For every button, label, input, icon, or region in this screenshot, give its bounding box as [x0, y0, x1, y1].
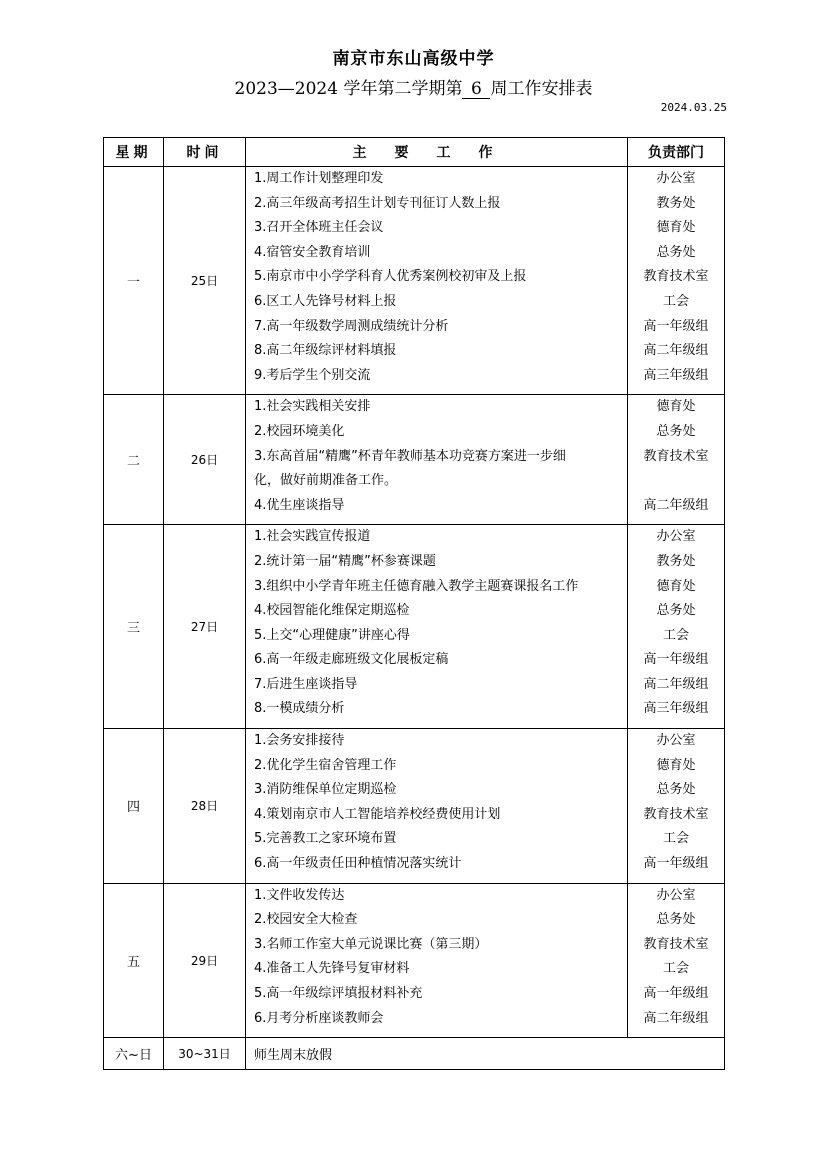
column-header-main-work: 主要工作 [246, 138, 628, 167]
weekday-cell: 六~日 [104, 1038, 164, 1070]
work-item: 9.考后学生个别交流 [254, 364, 619, 389]
work-item: 2.优化学生宿舍管理工作 [254, 754, 619, 779]
work-item: 5.高一年级综评填报材料补充 [254, 982, 619, 1007]
work-item: 3.消防维保单位定期巡检 [254, 778, 619, 803]
work-item: 5.完善教工之家环境布置 [254, 827, 619, 852]
department-item: 教育技术室 [628, 933, 724, 958]
title-prefix: 2023—2024 学年第二学期第 [235, 79, 463, 99]
work-cell: 师生周末放假 [246, 1038, 725, 1070]
department-item: 总务处 [628, 599, 724, 624]
work-item: 4.宿管安全教育培训 [254, 241, 619, 266]
work-item: 2.统计第一届“精鹰”杯参赛课题 [254, 550, 619, 575]
schedule-title: 2023—2024 学年第二学期第6周工作安排表 [0, 74, 827, 99]
work-item: 3.东高首届“精鹰”杯青年教师基本功竞赛方案进一步细 [254, 445, 619, 470]
department-item: 高一年级组 [628, 982, 724, 1007]
department-item: 总务处 [628, 241, 724, 266]
work-item: 3.名师工作室大单元说课比赛（第三期） [254, 933, 619, 958]
department-item: 教务处 [628, 192, 724, 217]
work-item: 2.校园安全大检查 [254, 908, 619, 933]
week-number: 6 [462, 80, 490, 99]
date-cell: 30~31日 [164, 1038, 246, 1070]
department-item: 高二年级组 [628, 494, 724, 519]
department-item: 高一年级组 [628, 315, 724, 340]
department-cell: 办公室教务处德育处总务处工会高一年级组高二年级组高三年级组 [628, 525, 725, 729]
work-item: 3.组织中小学青年班主任德育融入教学主题赛课报名工作 [254, 575, 619, 600]
column-header-time: 时间 [164, 138, 246, 167]
department-item: 高二年级组 [628, 673, 724, 698]
department-cell: 办公室德育处总务处教育技术室工会高一年级组 [628, 729, 725, 884]
weekday-cell: 三 [104, 525, 164, 729]
work-item: 化，做好前期准备工作。 [254, 469, 619, 494]
weekday-cell: 二 [104, 395, 164, 525]
title-suffix: 周工作安排表 [490, 79, 592, 99]
work-item: 1.会务安排接待 [254, 729, 619, 754]
department-item: 高二年级组 [628, 1007, 724, 1032]
department-item: 工会 [628, 957, 724, 982]
department-item: 教育技术室 [628, 803, 724, 828]
work-item: 1.周工作计划整理印发 [254, 167, 619, 192]
table-row: 五29日1.文件收发传达2.校园安全大检查3.名师工作室大单元说课比赛（第三期）… [104, 883, 725, 1038]
department-item: 德育处 [628, 754, 724, 779]
department-item: 教务处 [628, 550, 724, 575]
department-item: 工会 [628, 624, 724, 649]
date-cell: 27日 [164, 525, 246, 729]
date-cell: 28日 [164, 729, 246, 884]
work-item: 7.后进生座谈指导 [254, 673, 619, 698]
work-item: 6.月考分析座谈教师会 [254, 1007, 619, 1032]
work-item: 5.上交“心理健康”讲座心得 [254, 624, 619, 649]
weekday-cell: 四 [104, 729, 164, 884]
department-item: 工会 [628, 827, 724, 852]
department-item: 教育技术室 [628, 445, 724, 470]
work-item: 8.一模成绩分析 [254, 697, 619, 722]
department-item: 高三年级组 [628, 697, 724, 722]
table-row: 一25日1.周工作计划整理印发2.高三年级高考招生计划专刊征订人数上报3.召开全… [104, 167, 725, 395]
department-cell: 德育处总务处教育技术室高二年级组 [628, 395, 725, 525]
work-item: 6.高一年级走廊班级文化展板定稿 [254, 648, 619, 673]
work-cell: 1.文件收发传达2.校园安全大检查3.名师工作室大单元说课比赛（第三期）4.准备… [246, 883, 628, 1038]
work-item: 3.召开全体班主任会议 [254, 216, 619, 241]
table-header-row: 星期 时间 主要工作 负责部门 [104, 138, 725, 167]
weekday-cell: 五 [104, 883, 164, 1038]
department-cell: 办公室总务处教育技术室工会高一年级组高二年级组 [628, 883, 725, 1038]
department-item: 办公室 [628, 167, 724, 192]
table-body: 一25日1.周工作计划整理印发2.高三年级高考招生计划专刊征订人数上报3.召开全… [104, 167, 725, 1038]
work-item: 4.优生座谈指导 [254, 494, 619, 519]
department-item: 办公室 [628, 729, 724, 754]
department-item: 高一年级组 [628, 852, 724, 877]
department-item: 高一年级组 [628, 648, 724, 673]
department-item: 总务处 [628, 778, 724, 803]
department-item [628, 469, 724, 494]
date-cell: 25日 [164, 167, 246, 395]
department-item: 办公室 [628, 884, 724, 909]
table-row-weekend: 六~日 30~31日 师生周末放假 [104, 1038, 725, 1070]
work-item: 2.校园环境美化 [254, 420, 619, 445]
weekday-cell: 一 [104, 167, 164, 395]
work-item: 6.高一年级责任田种植情况落实统计 [254, 852, 619, 877]
work-item: 4.校园智能化维保定期巡检 [254, 599, 619, 624]
department-item: 高三年级组 [628, 364, 724, 389]
department-item: 办公室 [628, 525, 724, 550]
department-item: 德育处 [628, 395, 724, 420]
work-cell: 1.周工作计划整理印发2.高三年级高考招生计划专刊征订人数上报3.召开全体班主任… [246, 167, 628, 395]
department-item: 总务处 [628, 908, 724, 933]
department-item: 教育技术室 [628, 265, 724, 290]
date-cell: 29日 [164, 883, 246, 1038]
work-item: 4.策划南京市人工智能培养校经费使用计划 [254, 803, 619, 828]
work-item: 5.南京市中小学学科育人优秀案例校初审及上报 [254, 265, 619, 290]
department-item: 总务处 [628, 420, 724, 445]
issue-date: 2024.03.25 [661, 101, 727, 114]
table-row: 二26日1.社会实践相关安排2.校园环境美化3.东高首届“精鹰”杯青年教师基本功… [104, 395, 725, 525]
work-item: 1.文件收发传达 [254, 884, 619, 909]
department-item: 高二年级组 [628, 339, 724, 364]
work-item: 1.社会实践宣传报道 [254, 525, 619, 550]
work-item: 4.准备工人先锋号复审材料 [254, 957, 619, 982]
department-item: 德育处 [628, 216, 724, 241]
work-cell: 1.社会实践相关安排2.校园环境美化3.东高首届“精鹰”杯青年教师基本功竞赛方案… [246, 395, 628, 525]
column-header-department: 负责部门 [628, 138, 725, 167]
work-item: 6.区工人先锋号材料上报 [254, 290, 619, 315]
school-name: 南京市东山高级中学 [0, 44, 827, 69]
weekly-schedule-table: 星期 时间 主要工作 负责部门 一25日1.周工作计划整理印发2.高三年级高考招… [103, 137, 725, 1070]
work-item: 2.高三年级高考招生计划专刊征订人数上报 [254, 192, 619, 217]
department-item: 工会 [628, 290, 724, 315]
work-cell: 1.会务安排接待2.优化学生宿舍管理工作3.消防维保单位定期巡检4.策划南京市人… [246, 729, 628, 884]
column-header-weekday: 星期 [104, 138, 164, 167]
department-cell: 办公室教务处德育处总务处教育技术室工会高一年级组高二年级组高三年级组 [628, 167, 725, 395]
table-row: 三27日1.社会实践宣传报道2.统计第一届“精鹰”杯参赛课题3.组织中小学青年班… [104, 525, 725, 729]
work-cell: 1.社会实践宣传报道2.统计第一届“精鹰”杯参赛课题3.组织中小学青年班主任德育… [246, 525, 628, 729]
work-item: 7.高一年级数学周测成绩统计分析 [254, 315, 619, 340]
department-item: 德育处 [628, 575, 724, 600]
work-item: 8.高二年级综评材料填报 [254, 339, 619, 364]
table-row: 四28日1.会务安排接待2.优化学生宿舍管理工作3.消防维保单位定期巡检4.策划… [104, 729, 725, 884]
date-cell: 26日 [164, 395, 246, 525]
work-item: 1.社会实践相关安排 [254, 395, 619, 420]
